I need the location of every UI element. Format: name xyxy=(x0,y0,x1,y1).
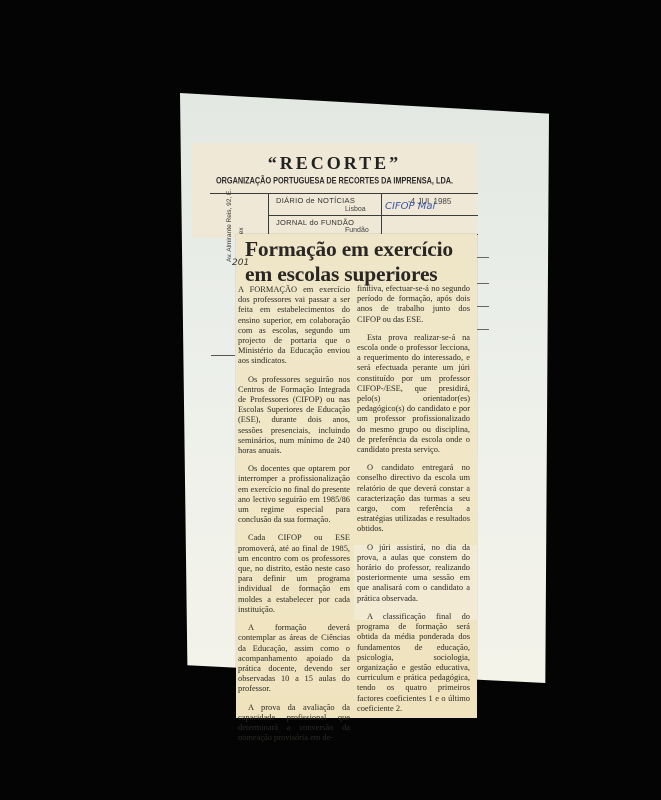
tick xyxy=(477,329,489,330)
handwritten-note: CIFOP Mal xyxy=(385,201,435,212)
article-right-column: finitiva, efectuar-se-á no segundo perío… xyxy=(357,284,470,722)
article-headline: Formação em exercício em escolas superio… xyxy=(245,237,480,287)
paragraph: Cada CIFOP ou ESE promoverá, até ao fina… xyxy=(238,533,350,615)
paragraph: finitiva, efectuar-se-á no segundo perío… xyxy=(357,284,470,325)
agency-subtitle: ORGANIZAÇÃO PORTUGUESA DE RECORTES DA IM… xyxy=(192,175,477,187)
paragraph: O candidato entregará no conselho direct… xyxy=(357,463,470,534)
form-line xyxy=(210,193,478,194)
publication-city-2: Fundão xyxy=(345,227,369,234)
form-divider xyxy=(381,193,382,235)
tick xyxy=(477,306,489,307)
paragraph: A classificação final do programa de for… xyxy=(357,612,470,714)
publication-name-1: DIÁRIO de NOTÍCIAS xyxy=(276,196,355,205)
paragraph: A formação deverá contemplar as áreas de… xyxy=(238,623,350,694)
publication-name-2: JORNAL do FUNDÃO xyxy=(276,218,354,227)
headline-line-1: Formação em exercício xyxy=(245,237,480,262)
article-left-column: A FORMAÇÃO em exercício dos professores … xyxy=(238,285,350,751)
form-divider xyxy=(268,193,269,235)
paragraph: Os professores seguirão nos Centros de F… xyxy=(238,375,350,457)
side-vertical-address: Av. Almirante Reis, 92, E. xyxy=(226,189,233,262)
paragraph: O júri assistirá, no dia da prova, a aul… xyxy=(357,543,470,604)
margin-rule xyxy=(211,355,235,356)
publication-city-1: Lisboa xyxy=(345,206,366,213)
paragraph: Esta prova realizar-se-á na escola onde … xyxy=(357,333,470,455)
paragraph: A FORMAÇÃO em exercício dos professores … xyxy=(238,285,350,367)
photo-stage: “RECORTE” ORGANIZAÇÃO PORTUGUESA DE RECO… xyxy=(0,0,661,800)
form-line xyxy=(268,215,478,216)
agency-title: “RECORTE” xyxy=(192,153,477,174)
paragraph: A prova da avaliação da capacidade profi… xyxy=(238,703,350,744)
paragraph: Os docentes que optarem por interromper … xyxy=(238,464,350,525)
